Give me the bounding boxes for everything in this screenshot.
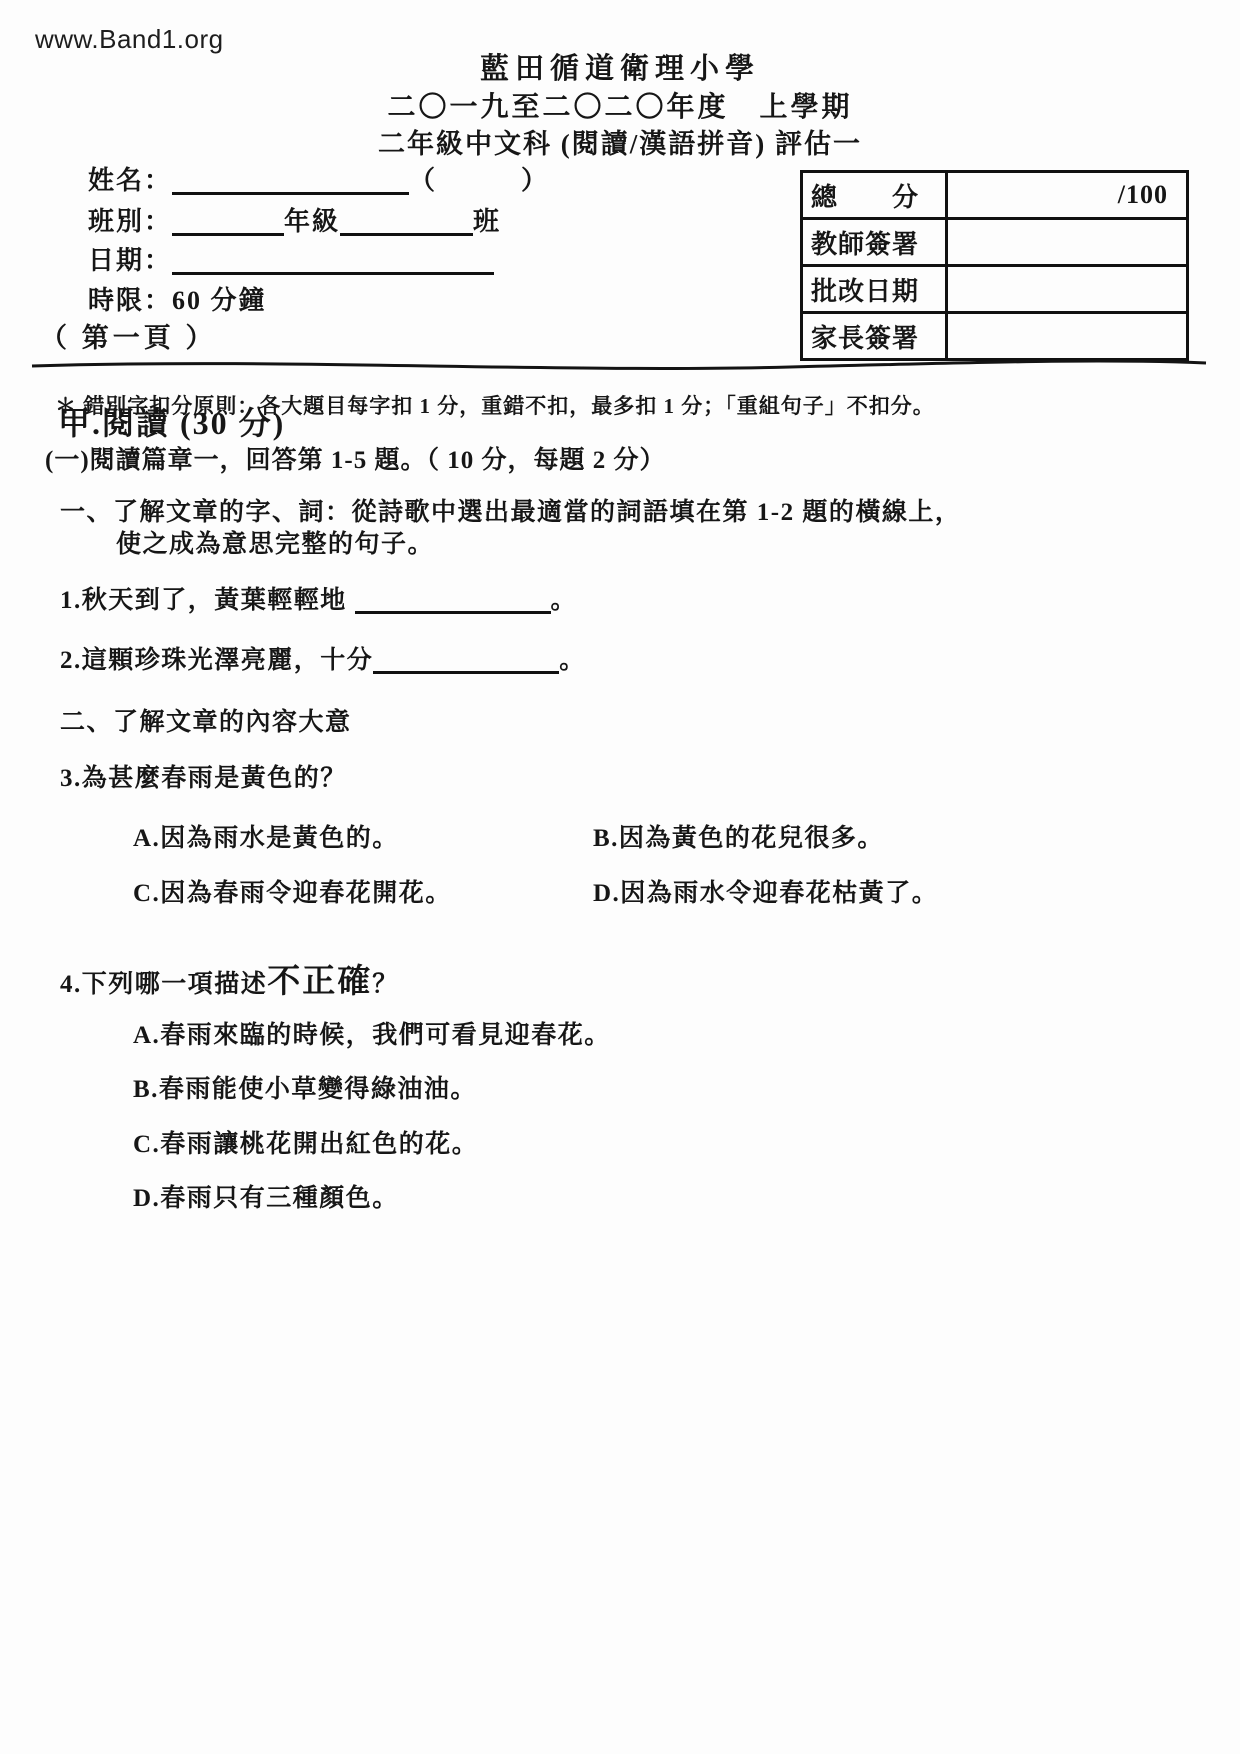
class-blank bbox=[340, 203, 473, 236]
date-label: 日期： bbox=[88, 246, 172, 275]
class-label: 班別： bbox=[88, 207, 172, 236]
name-row: 姓名：（ ） bbox=[88, 160, 549, 197]
total-score-label: 總 分 bbox=[802, 172, 947, 219]
name-label: 姓名： bbox=[88, 166, 172, 195]
question-4-emphasis: 不正確 bbox=[267, 964, 372, 1000]
score-table-row: 批改日期 bbox=[802, 266, 1188, 313]
page-number: （ 第一頁 ） bbox=[40, 316, 217, 355]
exam-page: www.Band1.org 藍田循道衛理小學 二〇一九至二〇二〇年度 上學期 二… bbox=[0, 0, 1240, 1754]
question-3-option-c: C.因為春雨令迎春花開花。 bbox=[133, 873, 452, 909]
teacher-signature-value bbox=[947, 219, 1188, 266]
name-parens: （ ） bbox=[409, 166, 549, 195]
question-3-option-d: D.因為雨水令迎春花枯黃了。 bbox=[593, 873, 938, 909]
date-blank bbox=[172, 242, 494, 275]
section-a-title: 甲.閱讀 (30 分) bbox=[58, 398, 285, 444]
part1-instruction-line1: 一、了解文章的字、詞：從詩歌中選出最適當的詞語填在第 1-2 題的橫線上， bbox=[60, 492, 961, 528]
score-table-row: 教師簽署 bbox=[802, 219, 1188, 266]
question-2-text: 2.這顆珍珠光澤亮麗，十分 bbox=[60, 647, 373, 674]
question-4-prefix: 4.下列哪一項描述 bbox=[60, 971, 267, 998]
time-limit-value: 60 分鐘 bbox=[172, 286, 267, 315]
score-table-row: 總 分 /100 bbox=[802, 172, 1188, 219]
divider-line bbox=[30, 356, 1210, 374]
part2-heading: 二、了解文章的內容大意 bbox=[60, 702, 352, 738]
total-score-value: /100 bbox=[947, 172, 1188, 219]
time-limit-label: 時限： bbox=[88, 286, 172, 315]
question-4-text: 4.下列哪一項描述不正確？ bbox=[60, 955, 399, 1002]
question-3-text: 3.為甚麼春雨是黃色的？ bbox=[60, 758, 347, 794]
class-suffix: 班 bbox=[473, 207, 501, 236]
question-4-suffix: ？ bbox=[372, 971, 399, 998]
question-3-option-b: B.因為黃色的花兒很多。 bbox=[593, 818, 884, 854]
academic-year: 二〇一九至二〇二〇年度 上學期 bbox=[0, 85, 1240, 125]
parent-signature-value bbox=[947, 313, 1188, 360]
time-limit-row: 時限：60 分鐘 bbox=[88, 280, 267, 317]
parent-signature-label: 家長簽署 bbox=[802, 313, 947, 360]
question-3-option-a: A.因為雨水是黃色的。 bbox=[133, 818, 399, 854]
question-2: 2.這顆珍珠光澤亮麗，十分。 bbox=[60, 640, 586, 676]
question-4-option-b: B.春雨能使小草變得綠油油。 bbox=[133, 1069, 477, 1105]
paper-title: 二年級中文科 (閱讀/漢語拼音) 評估一 bbox=[0, 122, 1240, 161]
name-blank bbox=[172, 162, 409, 195]
question-1: 1.秋天到了，黃葉輕輕地 。 bbox=[60, 580, 577, 616]
question-4-option-a: A.春雨來臨的時候，我們可看見迎春花。 bbox=[133, 1015, 611, 1051]
marking-date-value bbox=[947, 266, 1188, 313]
grade-blank bbox=[172, 203, 284, 236]
school-name: 藍田循道衛理小學 bbox=[0, 46, 1240, 87]
score-table-row: 家長簽署 bbox=[802, 313, 1188, 360]
question-2-period: 。 bbox=[559, 647, 586, 674]
marking-date-label: 批改日期 bbox=[802, 266, 947, 313]
grade-label: 年級 bbox=[284, 207, 340, 236]
question-4-option-d: D.春雨只有三種顏色。 bbox=[133, 1178, 399, 1214]
question-1-answer-blank bbox=[355, 581, 551, 614]
question-4-option-c: C.春雨讓桃花開出紅色的花。 bbox=[133, 1124, 478, 1160]
date-row: 日期： bbox=[88, 240, 494, 277]
passage-instruction: (一)閱讀篇章一，回答第 1-5 題。（ 10 分，每題 2 分） bbox=[45, 440, 665, 476]
score-table: 總 分 /100 教師簽署 批改日期 家長簽署 bbox=[800, 170, 1189, 361]
teacher-signature-label: 教師簽署 bbox=[802, 219, 947, 266]
question-1-text: 1.秋天到了，黃葉輕輕地 bbox=[60, 587, 347, 614]
question-1-period: 。 bbox=[551, 587, 578, 614]
part1-instruction-line2: 使之成為意思完整的句子。 bbox=[116, 524, 434, 560]
class-row: 班別：年級班 bbox=[88, 201, 501, 238]
question-2-answer-blank bbox=[373, 641, 559, 674]
